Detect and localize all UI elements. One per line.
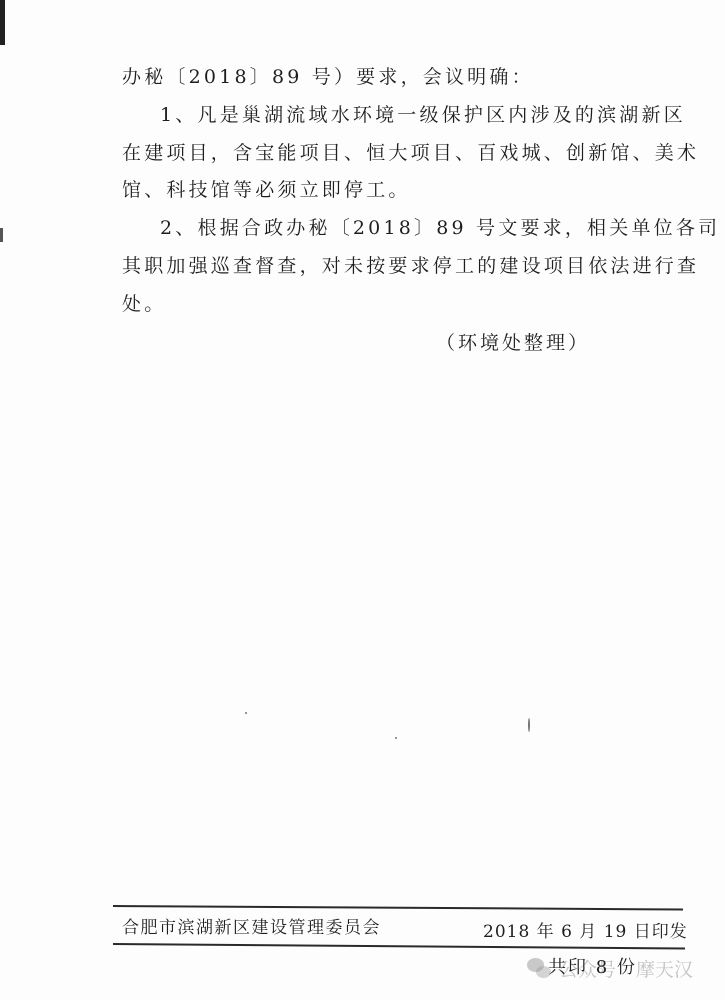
body-line: 办秘〔2018〕89 号）要求，会议明确： [122, 64, 534, 90]
footer-top-rule [113, 905, 683, 910]
item-2-line: 2、根据合政办秘〔2018〕89 号文要求，相关单位各司 [160, 215, 720, 241]
scan-speck [528, 718, 530, 732]
footer-bottom-rule [113, 943, 685, 949]
footer-copies: 共印 8 份 [548, 953, 637, 979]
body-line: 在建项目，含宝能项目、恒大项目、百戏城、创新馆、美术 [122, 140, 699, 166]
watermark-account: 摩天汉 [636, 955, 693, 982]
document-page: 办秘〔2018〕89 号）要求，会议明确： 1、凡是巢湖流域水环境一级保护区内涉… [0, 0, 725, 1000]
body-line: 馆、科技馆等必须立即停工。 [122, 177, 411, 203]
footer-issuer: 合肥市滨湖新区建设管理委员会 [122, 913, 381, 938]
scan-speck [395, 737, 397, 739]
scan-speck [245, 712, 247, 714]
signature: （环境处整理） [436, 328, 590, 355]
item-1-line: 1、凡是巢湖流域水环境一级保护区内涉及的滨湖新区 [160, 102, 686, 128]
body-line: 处。 [122, 291, 166, 317]
scan-edge-mark [0, 0, 5, 45]
body-line: 其职加强巡查督查，对未按要求停工的建设项目依法进行查 [122, 253, 699, 279]
footer-date: 2018 年 6 月 19 日印发 [483, 917, 688, 942]
scan-edge-mark [0, 228, 3, 242]
